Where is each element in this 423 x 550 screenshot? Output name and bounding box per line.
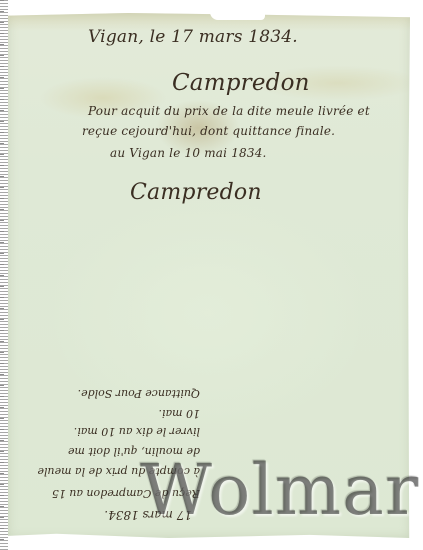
paper-tear: [210, 12, 265, 20]
name-line: Campredon: [172, 70, 310, 96]
signature: Campredon: [130, 180, 262, 205]
inverted-note-line: Quittance Pour Solde.: [78, 387, 200, 400]
date-line: Vigan, le 17 mars 1834.: [88, 27, 298, 47]
inverted-note-line: 10 mai.: [159, 407, 201, 420]
body-line: reçue cejourd'hui, dont quittance finale…: [82, 124, 335, 138]
body-line: au Vigan le 10 mai 1834.: [110, 146, 267, 160]
body-line: Pour acquit du prix de la dite meule liv…: [88, 104, 370, 118]
measurement-ruler: [0, 0, 8, 550]
inverted-note-line: livrer le dix au 10 mai.: [74, 425, 200, 438]
watermark: Wolmar: [140, 455, 419, 525]
